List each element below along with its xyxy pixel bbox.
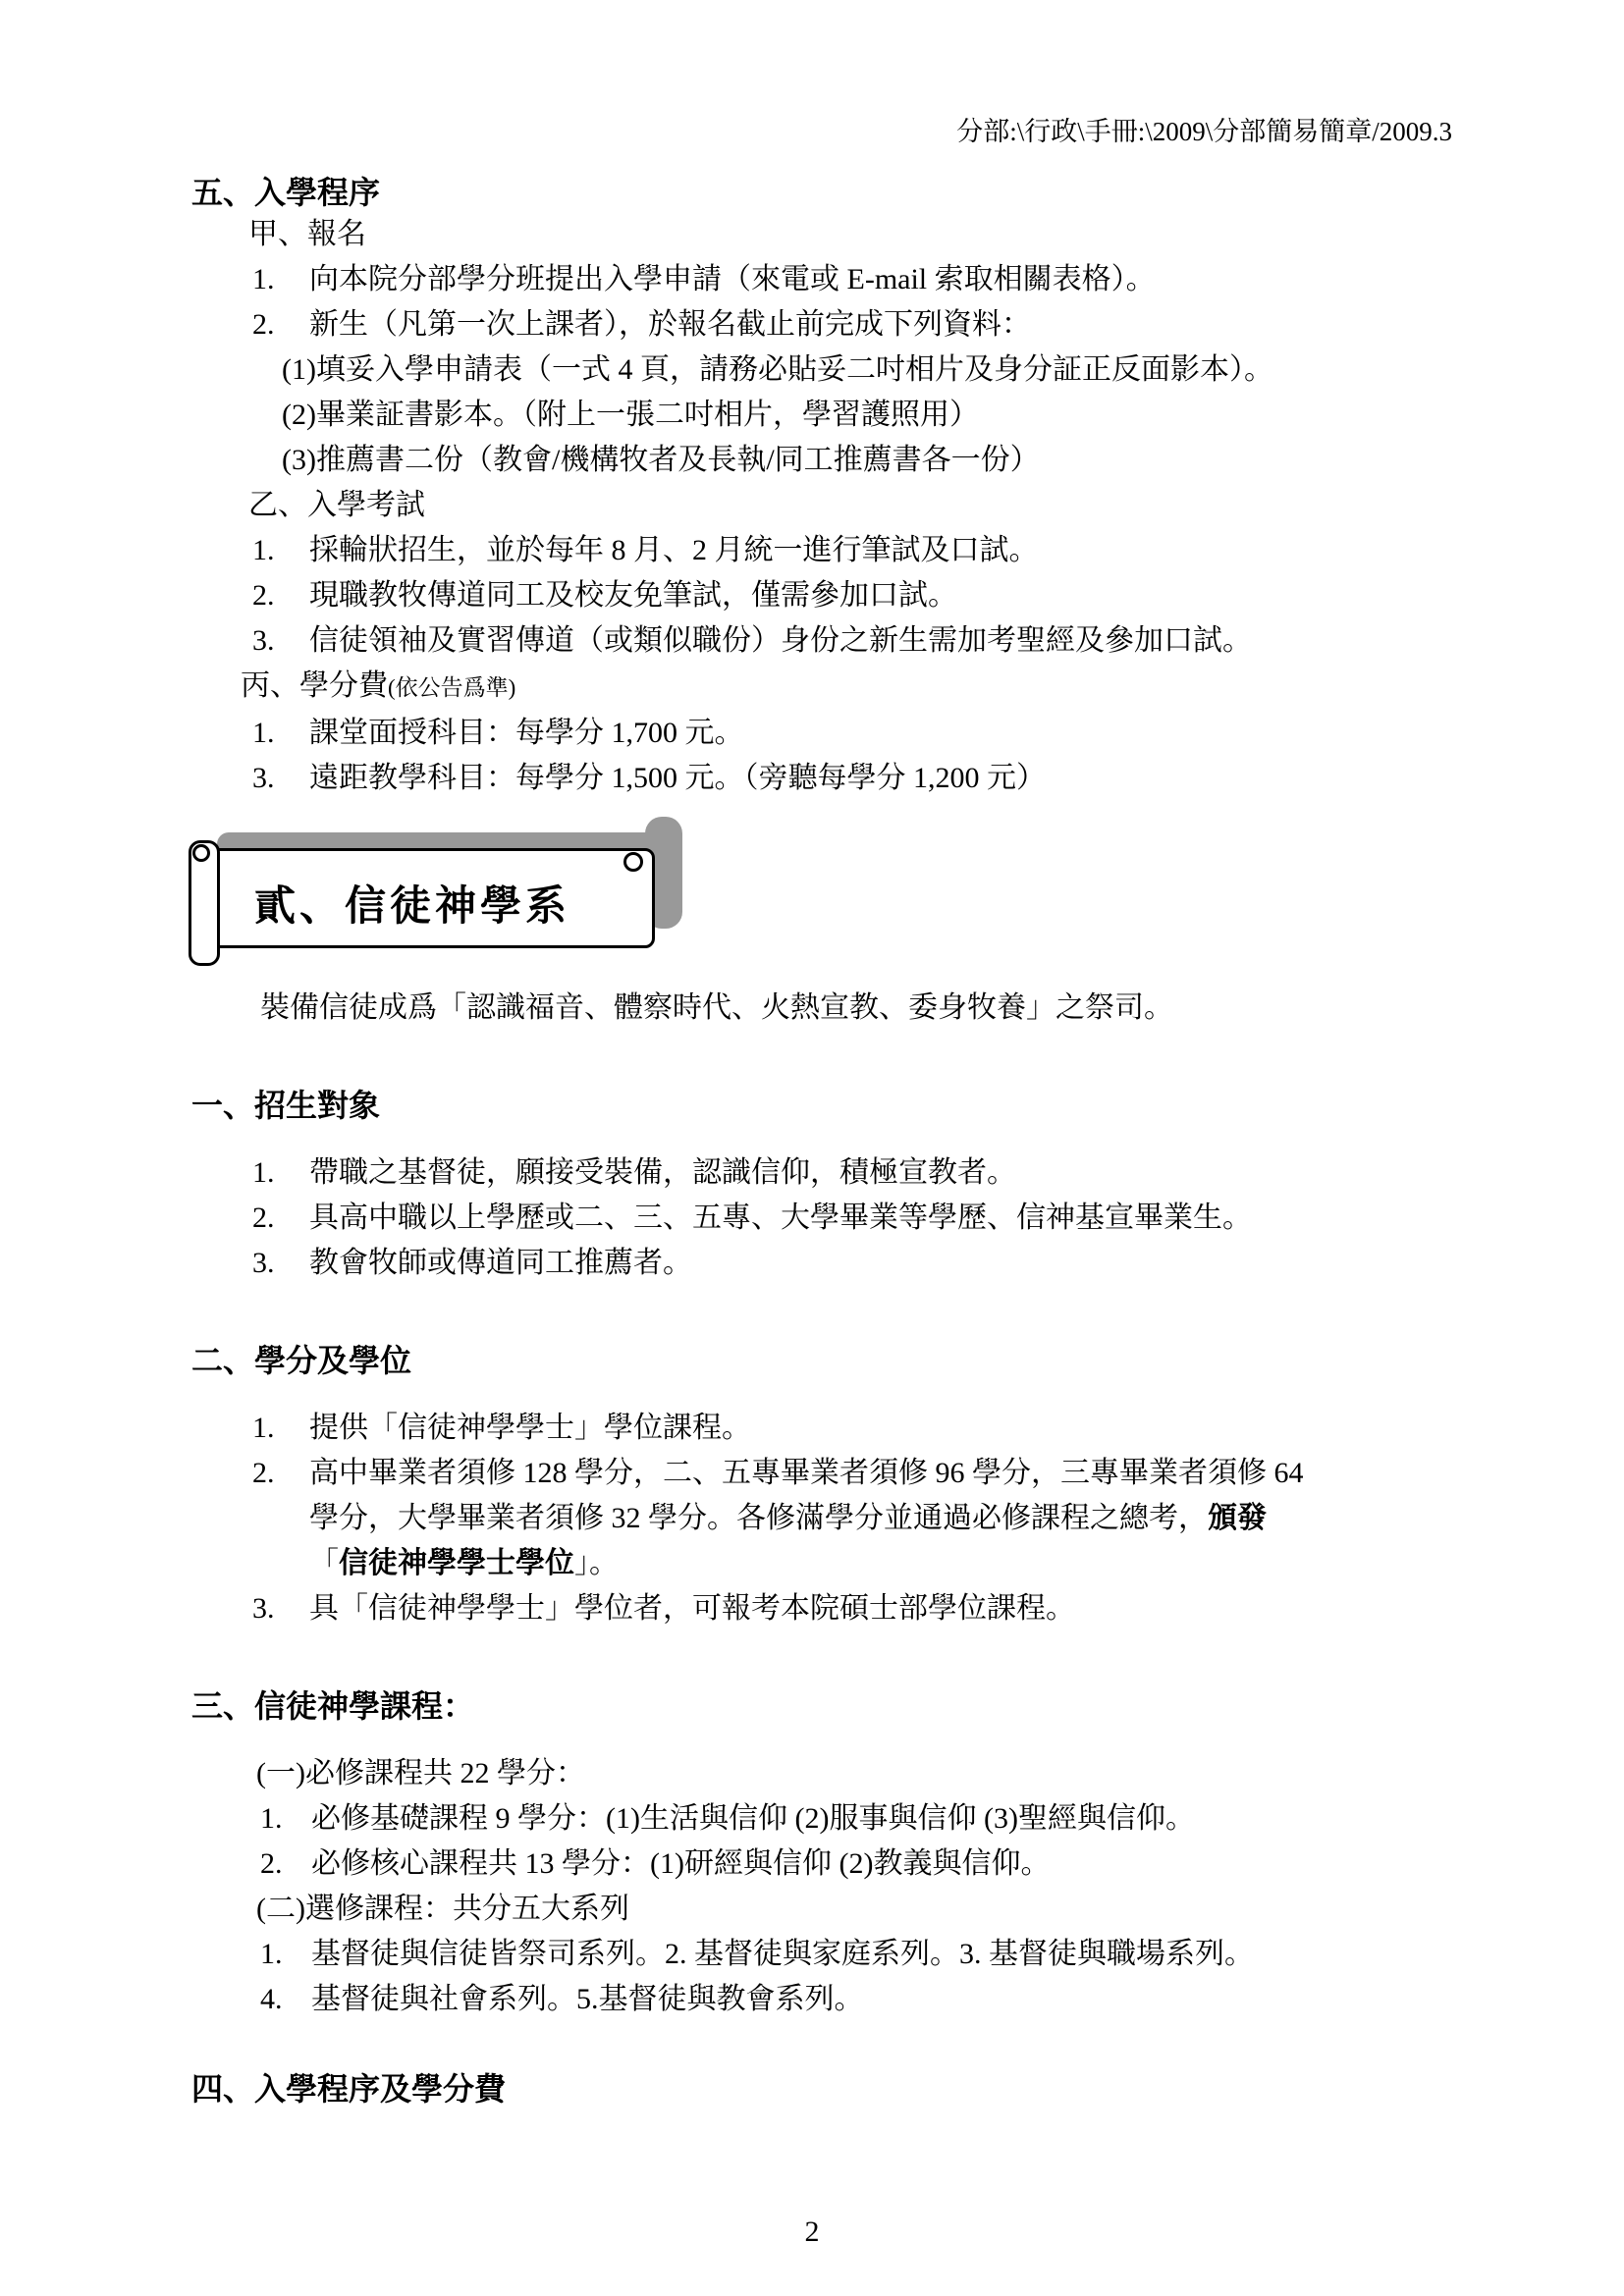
list-item: 2. 必修核心課程共 13 學分：(1)研經與信仰 (2)教義與信仰。 bbox=[260, 1842, 1452, 1887]
list-item-number: 2. bbox=[252, 1196, 309, 1241]
list-item: 1. 提供「信徒神學學士」學位課程。 bbox=[252, 1406, 1452, 1451]
list-item-text: 新生（凡第一次上課者），於報名截止前完成下列資料： bbox=[309, 302, 1031, 347]
list-item-continuation: 學分，大學畢業者須修 32 學分。各修滿學分並通過必修課程之總考，頒發 bbox=[309, 1496, 1452, 1541]
list-item-number: 2. bbox=[252, 1451, 309, 1496]
list-item-number: 1. bbox=[260, 1796, 311, 1842]
elective-courses-heading: (二)選修課程：共分五大系列 bbox=[256, 1887, 1452, 1932]
section-title-curriculum: 三、信徒神學課程： bbox=[191, 1686, 1452, 1726]
list-item-text: 學分，大學畢業者須修 32 學分。各修滿學分並通過必修課程之總考， bbox=[309, 1502, 1208, 1534]
section-title-procedure-fee: 四、入學程序及學分費 bbox=[191, 2069, 1452, 2109]
list-item-text: 教會牧師或傳道同工推薦者。 bbox=[309, 1241, 692, 1286]
list-item-text: 基督徒與信徒皆祭司系列。2. 基督徒與家庭系列。3. 基督徒與職場系列。 bbox=[311, 1932, 1254, 1977]
list-item: 3. 信徒領袖及實習傳道（或類似職份）身份之新生需加考聖經及參加口試。 bbox=[252, 618, 1452, 664]
subsection-label-credit-fee: 丙、學分費(依公告爲準) bbox=[241, 664, 1452, 711]
list-item-number: 3. bbox=[252, 1241, 309, 1286]
list-item-number: 1. bbox=[252, 1150, 309, 1196]
list-item-number: 4. bbox=[260, 1977, 311, 2022]
section-title-credits-degree: 二、學分及學位 bbox=[191, 1341, 1452, 1380]
list-item: 2. 現職教牧傳道同工及校友免筆試，僅需參加口試。 bbox=[252, 573, 1452, 618]
list-item-number: 1. bbox=[260, 1932, 311, 1977]
sub-list-item: (3)推薦書二份（教會/機構牧者及長執/同工推薦書各一份） bbox=[282, 438, 1452, 483]
page-number: 2 bbox=[0, 2216, 1624, 2249]
list-item: 1. 採輪狀招生，並於每年 8 月、2 月統一進行筆試及口試。 bbox=[252, 528, 1452, 573]
list-item: 2. 新生（凡第一次上課者），於報名截止前完成下列資料： bbox=[252, 302, 1452, 347]
required-courses-heading: (一)必修課程共 22 學分： bbox=[256, 1751, 1452, 1796]
list-item-text: 高中畢業者須修 128 學分，二、五專畢業者須修 96 學分，三專畢業者須修 6… bbox=[309, 1451, 1304, 1496]
list-item-text: 向本院分部學分班提出入學申請（來電或 E-mail 索取相關表格）。 bbox=[309, 257, 1156, 302]
list-item-text: 基督徒與社會系列。5.基督徒與教會系列。 bbox=[311, 1977, 864, 2022]
list-item-continuation: 「信徒神學學士學位」。 bbox=[309, 1541, 1452, 1586]
list-item-text: 信徒領袖及實習傳道（或類似職份）身份之新生需加考聖經及參加口試。 bbox=[309, 618, 1252, 664]
list-item-number: 3. bbox=[252, 756, 309, 801]
emphasized-text: 信徒神學學士學位 bbox=[339, 1547, 574, 1579]
list-item-text: 提供「信徒神學學士」學位課程。 bbox=[309, 1406, 751, 1451]
banner-scroll-roll-cap bbox=[192, 844, 210, 862]
list-item: 1. 基督徒與信徒皆祭司系列。2. 基督徒與家庭系列。3. 基督徒與職場系列。 bbox=[260, 1932, 1452, 1977]
document-page: 分部:\行政\手冊:\2009\分部簡易簡章/2009.3 五、入學程序 甲、報… bbox=[0, 0, 1624, 2296]
credit-fee-label: 丙、學分費 bbox=[241, 669, 388, 702]
sub-list-item: (2)畢業証書影本。（附上一張二吋相片，學習護照用） bbox=[282, 393, 1452, 438]
list-item-number: 1. bbox=[252, 528, 309, 573]
list-item: 3. 遠距教學科目：每學分 1,500 元。（旁聽每學分 1,200 元） bbox=[252, 756, 1452, 801]
list-item-text: 必修基礎課程 9 學分：(1)生活與信仰 (2)服事與信仰 (3)聖經與信仰。 bbox=[311, 1796, 1195, 1842]
list-item-number: 1. bbox=[252, 711, 309, 756]
list-item-text: 具「信徒神學學士」學位者，可報考本院碩士部學位課程。 bbox=[309, 1586, 1075, 1631]
banner-scroll-curl bbox=[623, 852, 643, 872]
list-item-number: 1. bbox=[252, 257, 309, 302]
list-item: 1. 帶職之基督徒，願接受裝備，認識信仰，積極宣教者。 bbox=[252, 1150, 1452, 1196]
list-item: 2. 高中畢業者須修 128 學分，二、五專畢業者須修 96 學分，三專畢業者須… bbox=[252, 1451, 1452, 1496]
list-item: 1. 課堂面授科目：每學分 1,700 元。 bbox=[252, 711, 1452, 756]
list-item: 3. 具「信徒神學學士」學位者，可報考本院碩士部學位課程。 bbox=[252, 1586, 1452, 1631]
list-item-number: 2. bbox=[260, 1842, 311, 1887]
list-item: 2. 具高中職以上學歷或二、三、五專、大學畢業等學歷、信神基宣畢業生。 bbox=[252, 1196, 1452, 1241]
credit-fee-note: (依公告爲準) bbox=[388, 675, 515, 700]
scroll-banner: 貳、信徒神學系 bbox=[193, 830, 704, 978]
department-banner-title: 貳、信徒神學系 bbox=[254, 874, 570, 933]
list-item-text: 課堂面授科目：每學分 1,700 元。 bbox=[309, 711, 744, 756]
quote-close: 」。 bbox=[574, 1547, 619, 1579]
subsection-label-entrance-exam: 乙、入學考試 bbox=[248, 483, 1452, 528]
list-item: 1. 向本院分部學分班提出入學申請（來電或 E-mail 索取相關表格）。 bbox=[252, 257, 1452, 302]
emphasized-text: 頒發 bbox=[1208, 1502, 1267, 1534]
list-item-number: 2. bbox=[252, 302, 309, 347]
sub-list-item: (1)填妥入學申請表（一式 4 頁，請務必貼妥二吋相片及身分証正反面影本）。 bbox=[282, 347, 1452, 393]
list-item: 3. 教會牧師或傳道同工推薦者。 bbox=[252, 1241, 1452, 1286]
list-item-text: 現職教牧傳道同工及校友免筆試，僅需參加口試。 bbox=[309, 573, 957, 618]
list-item-text: 必修核心課程共 13 學分：(1)研經與信仰 (2)教義與信仰。 bbox=[311, 1842, 1050, 1887]
section-title-target-students: 一、招生對象 bbox=[191, 1086, 1452, 1125]
list-item-text: 帶職之基督徒，願接受裝備，認識信仰，積極宣教者。 bbox=[309, 1150, 1016, 1196]
list-item: 1. 必修基礎課程 9 學分：(1)生活與信仰 (2)服事與信仰 (3)聖經與信… bbox=[260, 1796, 1452, 1842]
list-item-text: 具高中職以上學歷或二、三、五專、大學畢業等學歷、信神基宣畢業生。 bbox=[309, 1196, 1252, 1241]
list-item-number: 1. bbox=[252, 1406, 309, 1451]
list-item-number: 3. bbox=[252, 1586, 309, 1631]
doc-path: 分部:\行政\手冊:\2009\分部簡易簡章/2009.3 bbox=[191, 116, 1452, 147]
quote-open: 「 bbox=[309, 1547, 339, 1579]
list-item-number: 3. bbox=[252, 618, 309, 664]
subsection-label-registration: 甲、報名 bbox=[248, 212, 1452, 257]
section-title-admission-procedure: 五、入學程序 bbox=[191, 173, 1452, 212]
list-item-text: 遠距教學科目：每學分 1,500 元。（旁聽每學分 1,200 元） bbox=[309, 756, 1046, 801]
department-intro: 裝備信徒成爲「認識福音、體察時代、火熱宣教、委身牧養」之祭司。 bbox=[260, 986, 1452, 1031]
list-item-text: 採輪狀招生，並於每年 8 月、2 月統一進行筆試及口試。 bbox=[309, 528, 1039, 573]
list-item-number: 2. bbox=[252, 573, 309, 618]
list-item: 4. 基督徒與社會系列。5.基督徒與教會系列。 bbox=[260, 1977, 1452, 2022]
